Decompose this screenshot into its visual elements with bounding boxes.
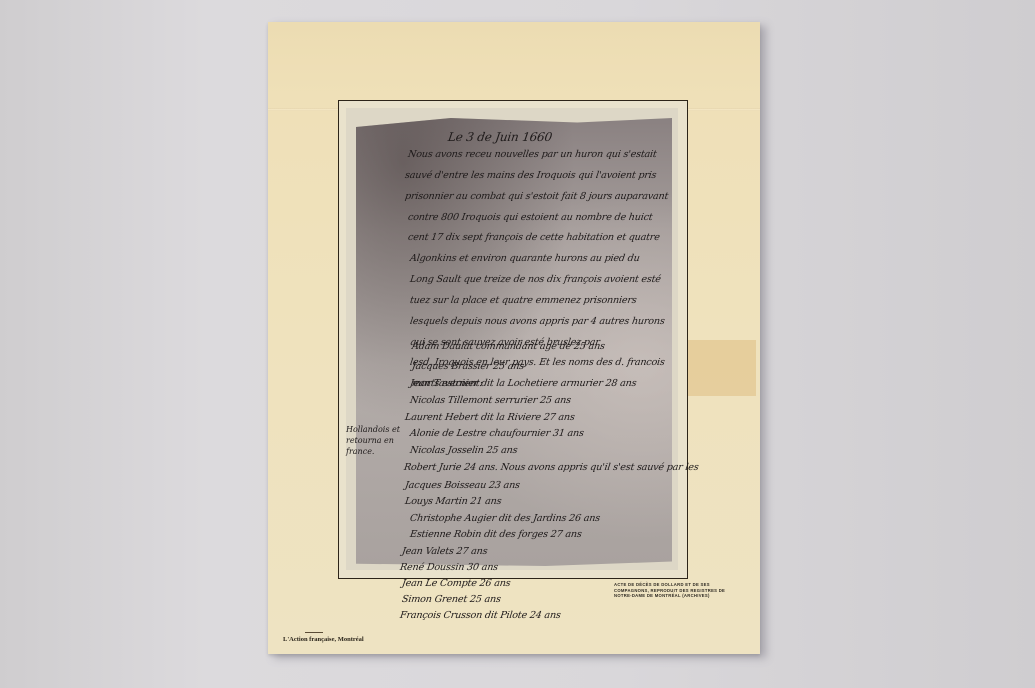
manuscript-line: prisonnier au combat qui s'estoit fait 8… — [404, 191, 669, 202]
casualty-name: Jacques Brassier 25 ans — [411, 361, 525, 372]
casualty-name: François Crusson dit Pilote 24 ans — [399, 610, 561, 621]
casualty-name: Christophe Augier dit des Jardins 26 ans — [409, 513, 600, 524]
casualty-name: René Doussin 30 ans — [399, 562, 498, 573]
manuscript-line: sauvé d'entre les mains des Iroquois qui… — [404, 170, 657, 181]
casualty-name: Laurent Hebert dit la Riviere 27 ans — [404, 412, 575, 423]
margin-note-line: retourna en — [346, 435, 404, 446]
casualty-name: Jean Tavernier dit la Lochetiere armurie… — [409, 378, 637, 389]
casualty-name: Alonie de Lestre chaufournier 31 ans — [409, 428, 584, 439]
facsimile-caption: Acte de décès de Dollard et de ses compa… — [614, 582, 726, 599]
casualty-name: Adam Daulat commandant agé de 25 ans — [411, 341, 605, 352]
casualty-name: Estienne Robin dit des forges 27 ans — [409, 529, 582, 540]
manuscript-heading: Le 3 de Juin 1660 — [447, 130, 553, 144]
casualty-name: Nicolas Tillemont serrurier 25 ans — [409, 395, 571, 406]
margin-note: Hollandois et retourna en france. — [346, 424, 404, 457]
publisher-credit: L'Action française, Montréal — [283, 636, 364, 643]
manuscript-line: lesquels depuis nous avons appris par 4 … — [409, 316, 665, 327]
casualty-name: Jean Valets 27 ans — [401, 546, 488, 557]
manuscript-line: tuez sur la place et quatre emmenez pris… — [409, 295, 637, 306]
casualty-name: Jacques Boisseau 23 ans — [404, 480, 520, 491]
manuscript-line: Nous avons receu nouvelles par un huron … — [407, 149, 657, 160]
casualty-name: Louys Martin 21 ans — [404, 496, 502, 507]
margin-note-line: france. — [346, 446, 404, 457]
manuscript-line: cent 17 dix sept françois de cette habit… — [407, 232, 660, 243]
casualty-name: Simon Grenet 25 ans — [401, 594, 501, 605]
manuscript-line: contre 800 Iroquois qui estoient au nomb… — [407, 212, 653, 223]
casualty-name: Robert Jurie 24 ans. Nous avons appris q… — [403, 462, 699, 473]
manuscript-line: Long Sault que treize de nos dix françoi… — [409, 274, 661, 285]
publisher-rule — [305, 632, 323, 633]
manuscript-line: Algonkins et environ quarante hurons au … — [409, 253, 640, 264]
casualty-name: Nicolas Josselin 25 ans — [409, 445, 518, 456]
margin-note-line: Hollandois et — [346, 424, 404, 435]
casualty-name: Jean Le Compte 26 ans — [401, 578, 511, 589]
tape-stain — [688, 340, 756, 396]
